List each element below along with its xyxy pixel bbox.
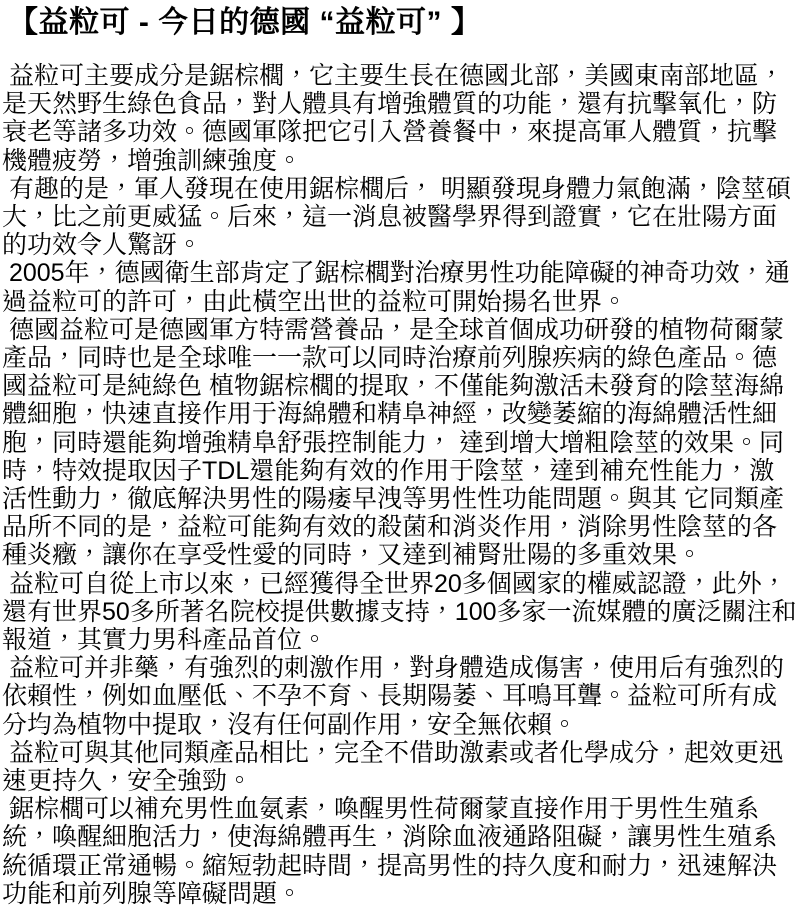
paragraph: 有趣的是，軍人發現在使用鋸棕櫚后， 明顯發現身體力氣飽滿，陰莖碩大，比之前更威猛… [2,175,798,260]
paragraph: 德國益粒可是德國軍方特需營養品，是全球首個成功研發的植物荷爾蒙產品，同時也是全球… [2,316,798,570]
page-title: 【益粒可 - 今日的德國 “益粒可” 】 [2,6,798,40]
document-page: 【益粒可 - 今日的德國 “益粒可” 】 益粒可主要成分是鋸棕櫚，它主要生長在德… [0,0,800,918]
paragraph: 益粒可與其他同類產品相比，完全不借助激素或者化學成分，起效更迅速更持久，安全強勁… [2,739,798,795]
body-text: 益粒可主要成分是鋸棕櫚，它主要生長在德國北部，美國東南部地區，是天然野生綠色食品… [2,62,798,908]
paragraph: 2005年，德國衛生部肯定了鋸棕櫚對治療男性功能障礙的神奇功效，通過益粒可的許可… [2,259,798,315]
paragraph: 鋸棕櫚可以補充男性血氨素，喚醒男性荷爾蒙直接作用于男性生殖系統，喚醒細胞活力，使… [2,795,798,908]
paragraph: 益粒可主要成分是鋸棕櫚，它主要生長在德國北部，美國東南部地區，是天然野生綠色食品… [2,62,798,175]
paragraph: 益粒可自從上市以來，已經獲得全世界20多個國家的權威認證，此外，還有世界50多所… [2,570,798,655]
paragraph: 益粒可并非藥，有強烈的刺激作用，對身體造成傷害，使用后有強烈的依賴性，例如血壓低… [2,654,798,739]
